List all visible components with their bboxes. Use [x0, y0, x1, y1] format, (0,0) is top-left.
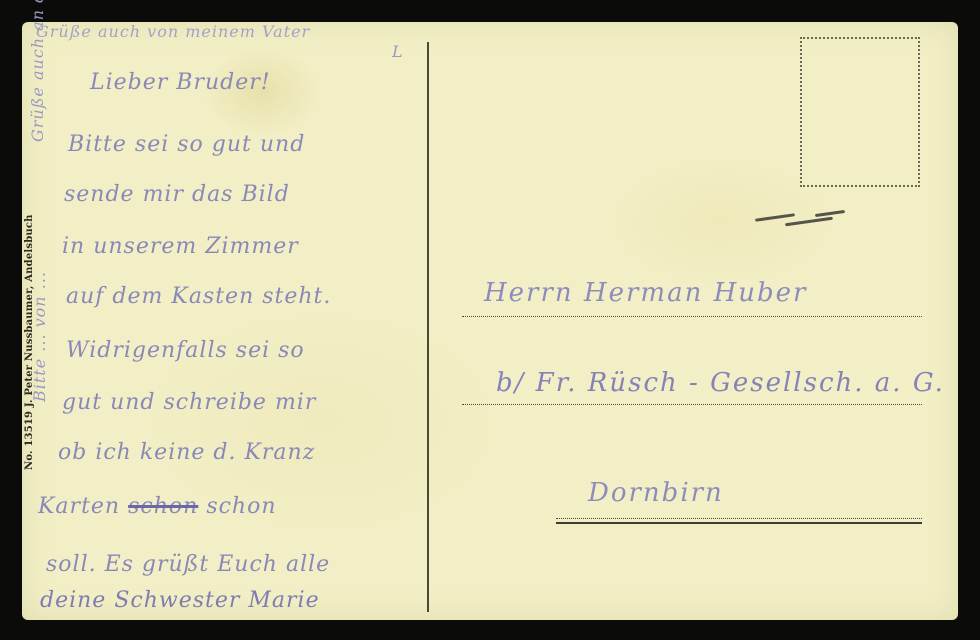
struck-word: schon [128, 494, 198, 519]
message-line-4: auf dem Kasten steht. [66, 284, 331, 309]
corner-mark: L [392, 42, 404, 61]
address-rule-1 [462, 316, 922, 317]
address-rule-3-solid [556, 522, 922, 524]
message-line-6: gut und schreibe mir [62, 390, 316, 415]
message-line-1: Bitte sei so gut und [68, 132, 305, 157]
message-line-2: sende mir das Bild [64, 182, 290, 207]
address-line-3: Dornbirn [588, 478, 724, 508]
address-line-2: b/ Fr. Rüsch - Gesellsch. a. G. [496, 368, 945, 398]
message-word: schon [206, 494, 276, 519]
postmark-smudge [755, 212, 865, 226]
salutation: Lieber Bruder! [90, 70, 271, 95]
address-rule-2 [462, 404, 922, 405]
message-line-7: ob ich keine d. Kranz [58, 440, 315, 465]
message-line-3: in unserem Zimmer [62, 234, 299, 259]
top-margin-note: Grüße auch von meinem Vater [36, 22, 310, 41]
stamp-placeholder-box [800, 37, 920, 187]
vertical-divider [427, 42, 429, 612]
postcard-back: No. 13519 J. Peter Nussbaumer, Andelsbuc… [22, 22, 958, 620]
message-word: Karten [38, 494, 120, 519]
address-line-1: Herrn Herman Huber [484, 278, 807, 308]
address-rule-3-dotted [556, 518, 922, 519]
closing-signature: deine Schwester Marie [40, 588, 320, 613]
message-line-9: soll. Es grüßt Euch alle [46, 552, 330, 577]
vertical-margin-note: Grüße auch an dich [28, 0, 47, 142]
message-line-5: Widrigenfalls sei so [66, 338, 305, 363]
message-line-8: Karten schon schon [38, 494, 277, 519]
vertical-margin-note-2: Bitte ... von ... [30, 271, 49, 402]
